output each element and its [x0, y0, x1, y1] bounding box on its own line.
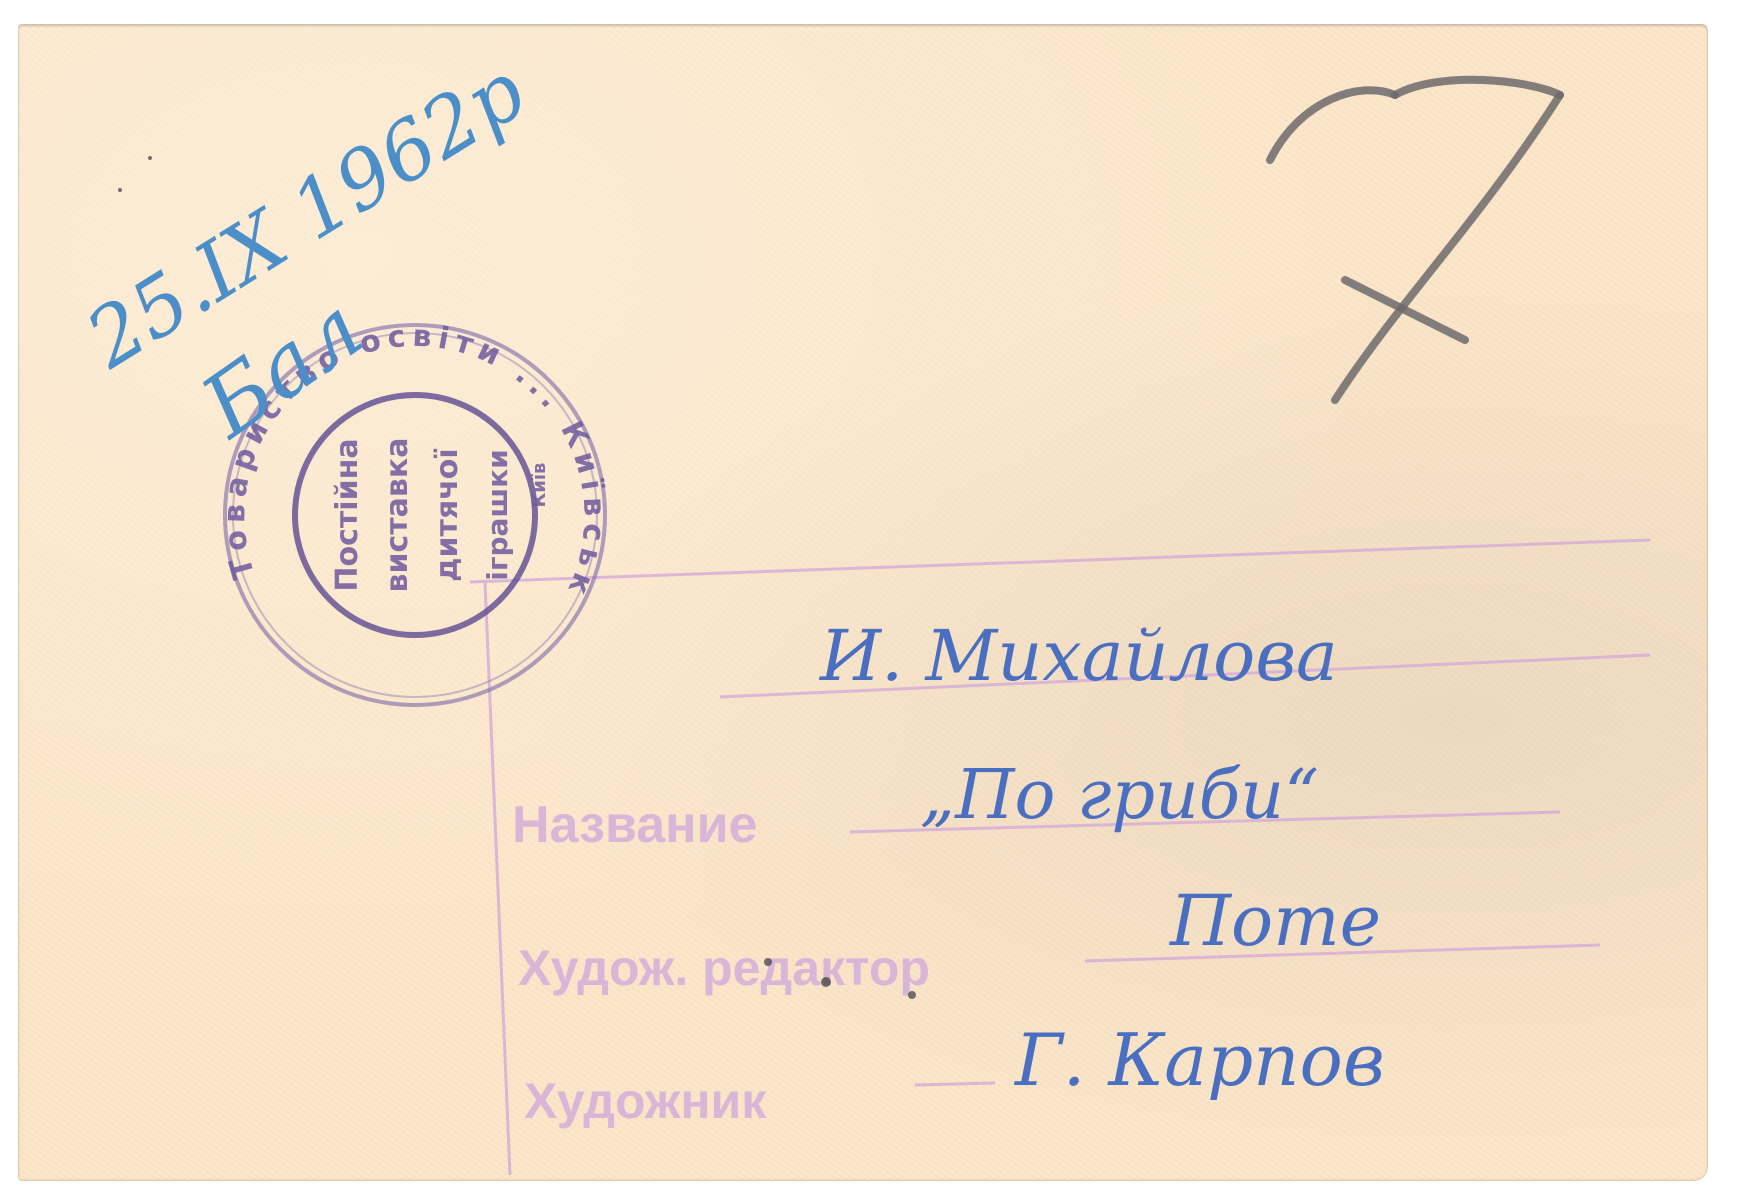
stamp-line-1: Постійна [330, 438, 365, 591]
form-label-art-editor: Худож. редактор [518, 940, 930, 996]
form-label-artist: Художник [524, 1073, 767, 1129]
stamp-line-2: виставка [380, 437, 415, 592]
stamp-line-4: іграшки [481, 449, 514, 581]
card-markings: Название Худож. редактор Художник Товари… [0, 0, 1739, 1200]
header-author-value: И. Михайлова [818, 615, 1338, 697]
form-label-title: Название [512, 796, 757, 854]
field-value-artist: Г. Карпов [1013, 1018, 1385, 1102]
stamp-line-3: дитячої [430, 448, 465, 581]
pencil-number-7 [1270, 80, 1560, 400]
field-value-art-editor: Поте [1168, 880, 1381, 962]
stamp-city: Київ [529, 463, 550, 508]
field-value-title: „По гриби“ [920, 756, 1319, 835]
